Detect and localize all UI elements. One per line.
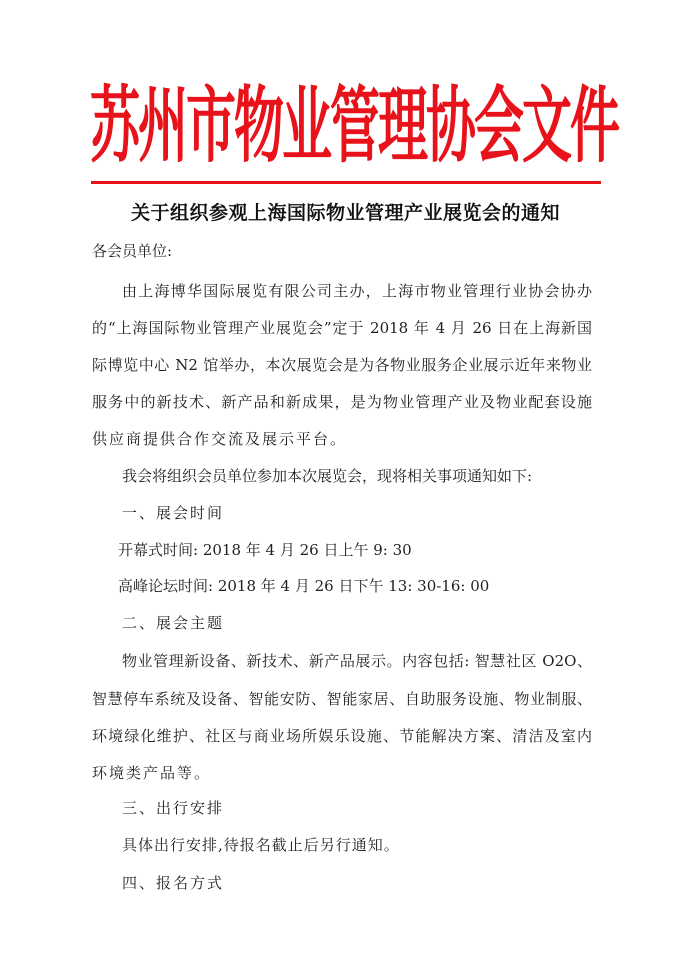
notice-title: 关于组织参观上海国际物业管理产业展览会的通知 bbox=[0, 198, 685, 225]
masthead-char: 件 bbox=[570, 85, 618, 168]
salutation: 各会员单位: bbox=[92, 240, 172, 261]
intro-line-4: 服务中的新技术、新产品和新成果，是为物业管理产业及物业配套设施 bbox=[92, 391, 592, 412]
intro-line-5: 供应商提供合作交流及展示平台。 bbox=[92, 428, 347, 449]
masthead-char: 文 bbox=[522, 85, 570, 168]
theme-line-1: 物业管理新设备、新技术、新产品展示。内容包括: 智慧社区 O2O、 bbox=[122, 650, 592, 671]
section-heading-2: 二、展会主题 bbox=[122, 612, 224, 633]
announcement: 我会将组织会员单位参加本次展览会，现将相关事项通知如下: bbox=[122, 465, 532, 486]
section-heading-4: 四、报名方式 bbox=[122, 872, 224, 893]
masthead-char: 苏 bbox=[90, 85, 138, 168]
masthead-char: 管 bbox=[330, 85, 378, 168]
intro-line-3: 际博览中心 N2 馆举办，本次展览会是为各物业服务企业展示近年来物业 bbox=[92, 354, 592, 375]
masthead-char: 会 bbox=[474, 85, 522, 168]
section-heading-1: 一、展会时间 bbox=[122, 502, 224, 523]
intro-line-2: 的“上海国际物业管理产业展览会”定于 2018 年 4 月 26 日在上海新国 bbox=[92, 317, 592, 338]
theme-line-2: 智慧停车系统及设备、智能安防、智能家居、自助服务设施、物业制服、 bbox=[92, 688, 592, 709]
masthead-char: 业 bbox=[282, 85, 330, 168]
intro-line-1: 由上海博华国际展览有限公司主办，上海市物业管理行业协会协办 bbox=[122, 280, 592, 301]
document-page: 苏 州 市 物 业 管 理 协 会 文 件 关于组织参观上海国际物业管理产业展览… bbox=[0, 0, 685, 969]
masthead-char: 州 bbox=[138, 85, 186, 168]
masthead-char: 物 bbox=[234, 85, 282, 168]
masthead-char: 理 bbox=[378, 85, 426, 168]
travel-arrangement: 具体出行安排,待报名截止后另行通知。 bbox=[122, 834, 400, 855]
opening-time: 开幕式时间: 2018 年 4 月 26 日上午 9: 30 bbox=[118, 539, 412, 560]
masthead-title: 苏 州 市 物 业 管 理 协 会 文 件 bbox=[90, 80, 582, 172]
theme-line-4: 环境类产品等。 bbox=[92, 762, 211, 783]
masthead-char: 市 bbox=[186, 85, 234, 168]
masthead-char: 协 bbox=[426, 85, 474, 168]
theme-line-3: 环境绿化维护、社区与商业场所娱乐设施、节能解决方案、清洁及室内 bbox=[92, 725, 592, 746]
section-heading-3: 三、出行安排 bbox=[122, 797, 224, 818]
masthead-divider bbox=[91, 181, 601, 184]
forum-time: 高峰论坛时间: 2018 年 4 月 26 日下午 13: 30-16: 00 bbox=[118, 575, 489, 596]
